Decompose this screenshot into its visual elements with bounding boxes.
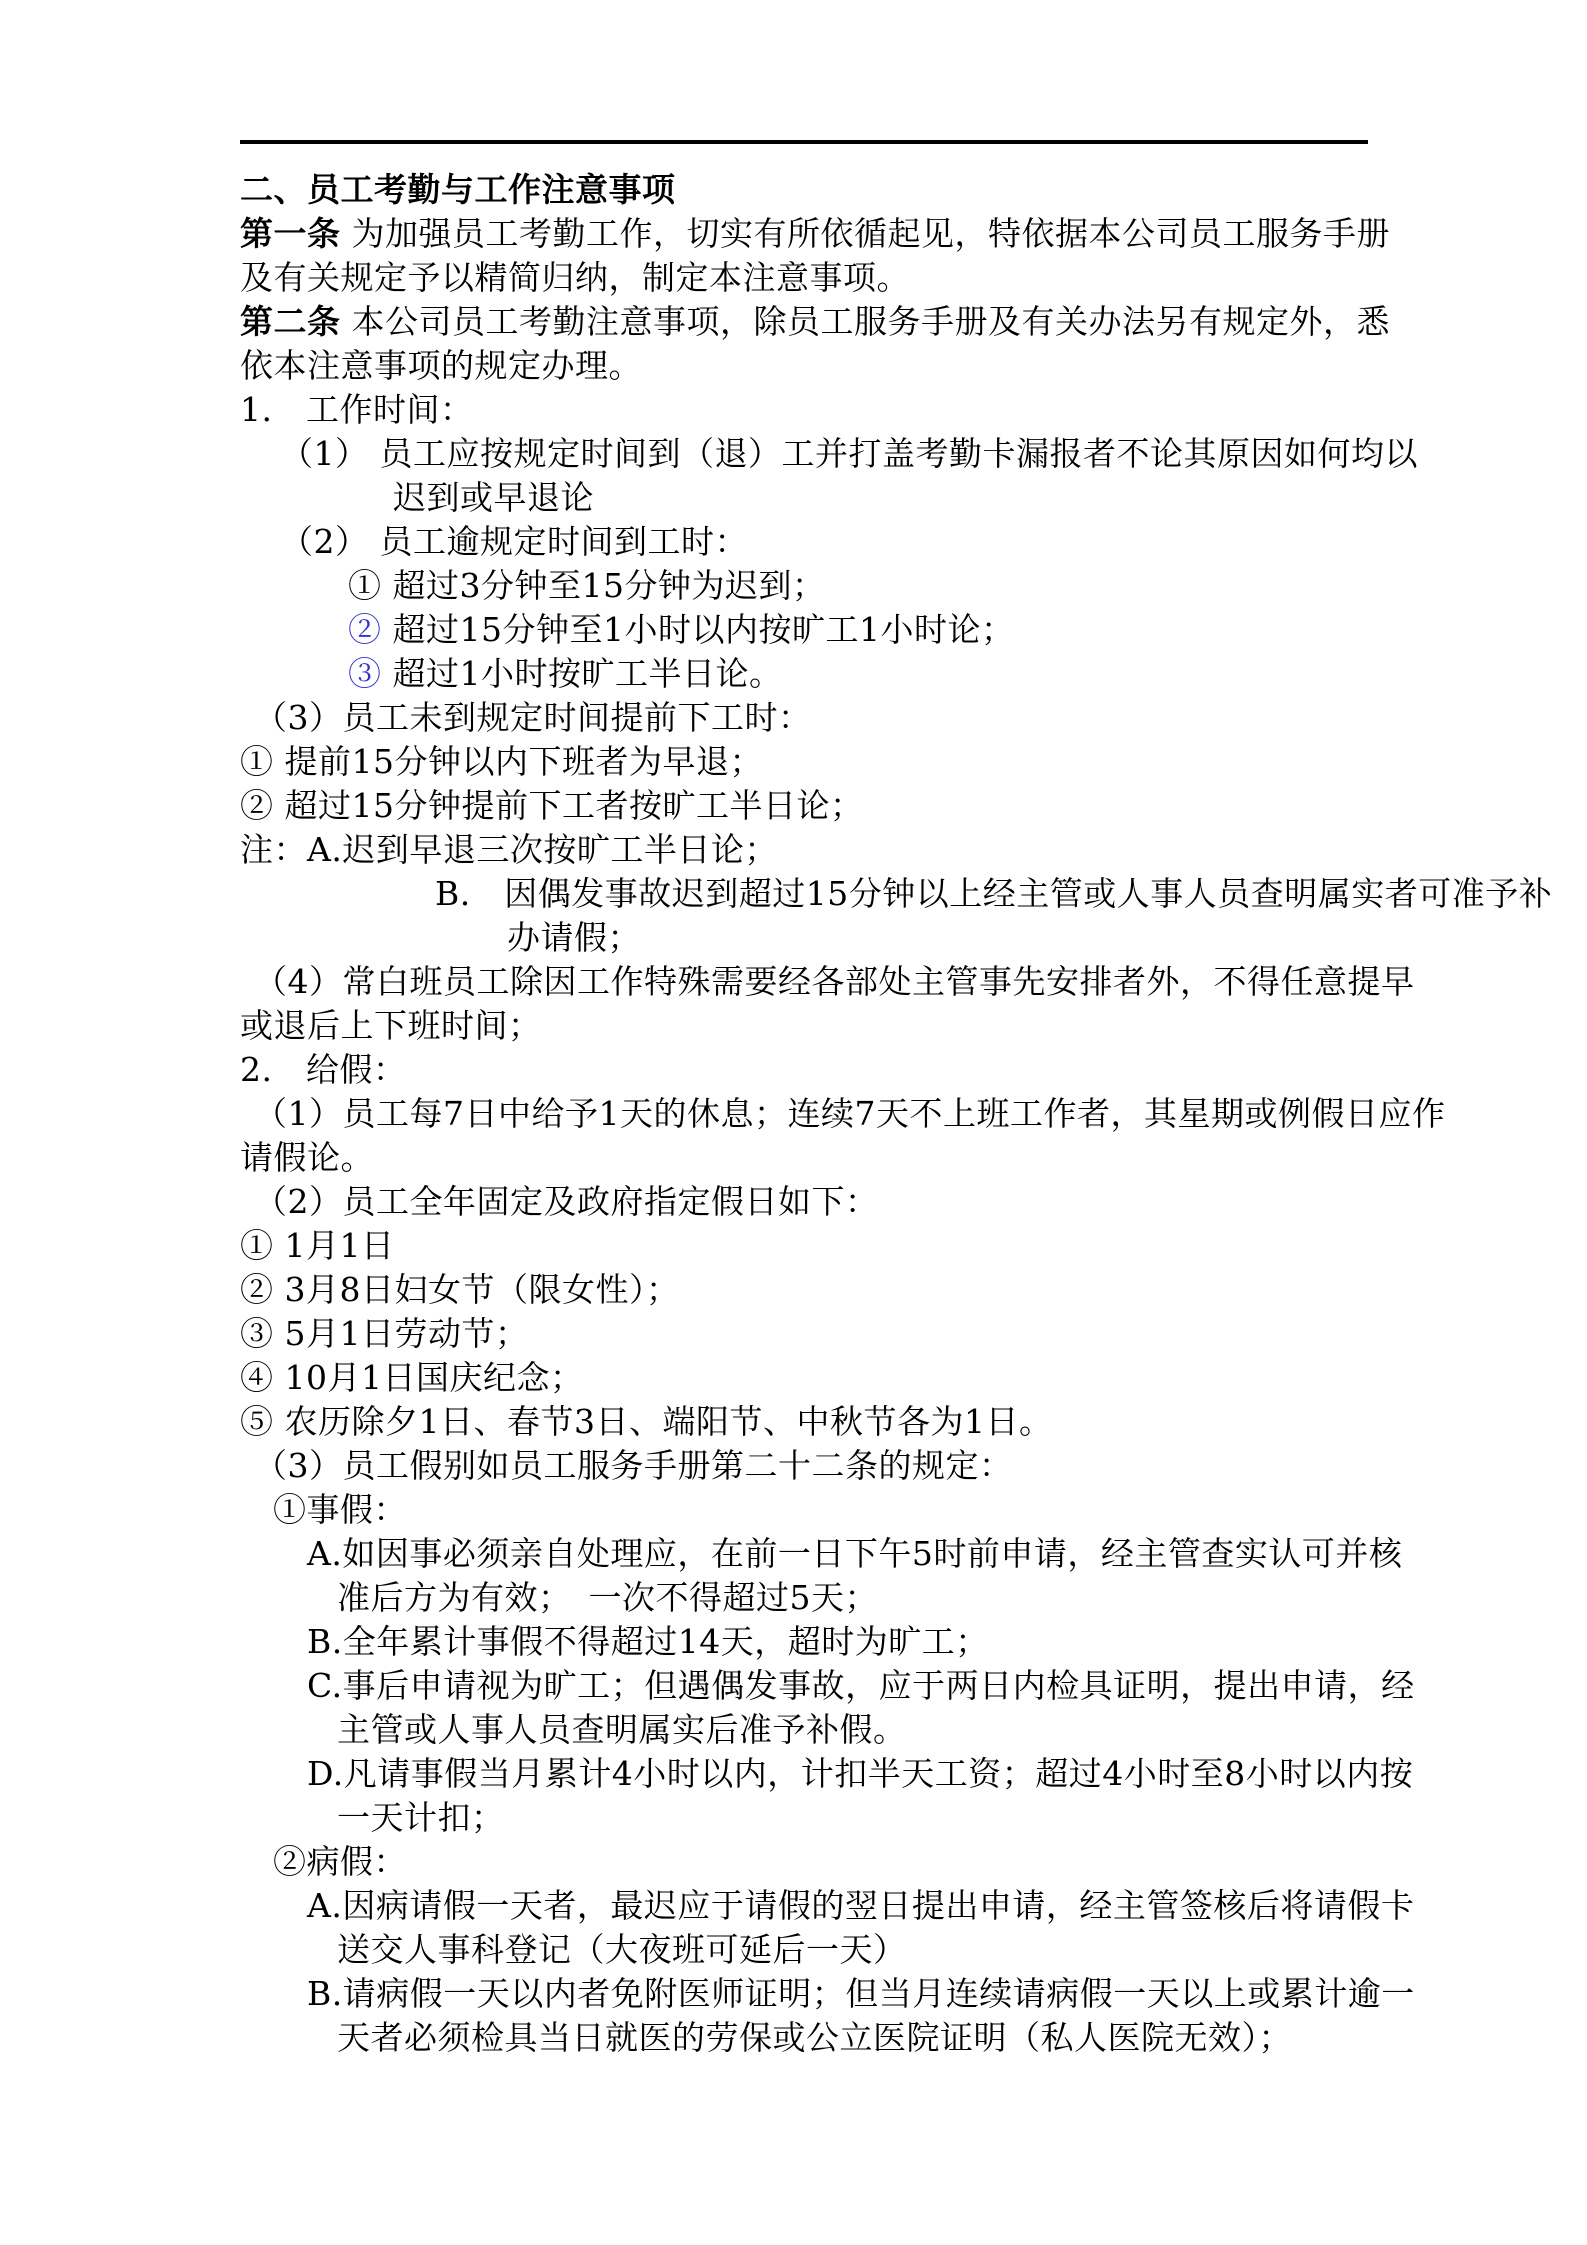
- document-line: 注：A.迟到早退三次按旷工半日论；: [240, 828, 1370, 872]
- line-text: 本公司员工考勤注意事项，除员工服务手册及有关办法另有规定外，悉: [341, 302, 1391, 341]
- document-line: 及有关规定予以精简归纳，制定本注意事项。: [240, 256, 1370, 300]
- document-line: （1） 员工应按规定时间到（退）工并打盖考勤卡漏报者不论其原因如何均以: [240, 432, 1370, 476]
- document-line: B. 因偶发事故迟到超过15分钟以上经主管或人事人员查明属实者可准予补: [240, 872, 1370, 916]
- line-text: 注：A.迟到早退三次按旷工半日论；: [240, 830, 778, 869]
- line-text: 超过15分钟至1小时以内按旷工1小时论；: [382, 610, 1015, 649]
- line-text: （1） 员工应按规定时间到（退）工并打盖考勤卡漏报者不论其原因如何均以: [280, 434, 1418, 473]
- document-line: 办请假；: [240, 916, 1370, 960]
- document-line: ① 提前15分钟以内下班者为早退；: [240, 740, 1370, 784]
- document-line: ③ 超过1小时按旷工半日论。: [240, 652, 1370, 696]
- line-text: ② 超过15分钟提前下工者按旷工半日论；: [240, 786, 863, 825]
- line-text: A.因病请假一天者，最迟应于请假的翌日提出申请，经主管签核后将请假卡: [307, 1886, 1414, 1925]
- line-text: 送交人事科登记（大夜班可延后一天）: [337, 1930, 907, 1969]
- document-line: A.如因事必须亲自处理应，在前一日下午5时前申请，经主管查实认可并核: [240, 1532, 1370, 1576]
- document-line: ② 超过15分钟提前下工者按旷工半日论；: [240, 784, 1370, 828]
- document-line: 第二条 本公司员工考勤注意事项，除员工服务手册及有关办法另有规定外，悉: [240, 300, 1370, 344]
- document-line: 送交人事科登记（大夜班可延后一天）: [240, 1928, 1370, 1972]
- document-line: （3）员工未到规定时间提前下工时：: [240, 696, 1370, 740]
- document-line: ① 1月1日: [240, 1224, 1370, 1268]
- document-heading: 二、员工考勤与工作注意事项: [240, 168, 1370, 212]
- document-line: 第一条 为加强员工考勤工作，切实有所依循起见，特依据本公司员工服务手册: [240, 212, 1370, 256]
- line-text: 或退后上下班时间；: [240, 1006, 542, 1045]
- document-line: （1）员工每7日中给予1天的休息；连续7天不上班工作者，其星期或例假日应作: [240, 1092, 1370, 1136]
- line-text: 请假论。: [240, 1138, 374, 1177]
- line-text: 依本注意事项的规定办理。: [240, 346, 642, 385]
- document-line: 请假论。: [240, 1136, 1370, 1180]
- line-text: 1. 工作时间：: [240, 390, 474, 429]
- document-line: ②病假：: [240, 1840, 1370, 1884]
- document-line: 一天计扣；: [240, 1796, 1370, 1840]
- line-text: B. 因偶发事故迟到超过15分钟以上经主管或人事人员查明属实者可准予补: [435, 874, 1552, 913]
- document-body: 二、员工考勤与工作注意事项第一条 为加强员工考勤工作，切实有所依循起见，特依据本…: [240, 168, 1370, 2060]
- line-text: 准后方为有效； 一次不得超过5天；: [337, 1578, 878, 1617]
- clause-number-label: 第二条: [240, 302, 341, 341]
- document-line: 2. 给假：: [240, 1048, 1370, 1092]
- document-line: ①事假：: [240, 1488, 1370, 1532]
- document-line: C.事后申请视为旷工；但遇偶发事故，应于两日内检具证明，提出申请，经: [240, 1664, 1370, 1708]
- line-text: B.全年累计事假不得超过14天，超时为旷工；: [307, 1622, 989, 1661]
- circled-number-marker-blue: ③: [348, 654, 382, 693]
- line-text: ① 1月1日: [240, 1226, 394, 1265]
- line-text: 办请假；: [507, 918, 641, 957]
- line-text: 二、员工考勤与工作注意事项: [240, 170, 676, 209]
- line-text: 主管或人事人员查明属实后准予补假。: [337, 1710, 907, 1749]
- line-text: （4）常白班员工除因工作特殊需要经各部处主管事先安排者外，不得任意提早: [254, 962, 1415, 1001]
- line-text: ② 3月8日妇女节（限女性）；: [240, 1270, 679, 1309]
- document-line: D.凡请事假当月累计4小时以内，计扣半天工资；超过4小时至8小时以内按: [240, 1752, 1370, 1796]
- document-line: 或退后上下班时间；: [240, 1004, 1370, 1048]
- line-text: ⑤ 农历除夕1日、春节3日、端阳节、中秋节各为1日。: [240, 1402, 1052, 1441]
- document-line: （4）常白班员工除因工作特殊需要经各部处主管事先安排者外，不得任意提早: [240, 960, 1370, 1004]
- document-line: 准后方为有效； 一次不得超过5天；: [240, 1576, 1370, 1620]
- line-text: D.凡请事假当月累计4小时以内，计扣半天工资；超过4小时至8小时以内按: [307, 1754, 1413, 1793]
- line-text: B.请病假一天以内者免附医师证明；但当月连续请病假一天以上或累计逾一: [307, 1974, 1415, 2013]
- line-text: 一天计扣；: [337, 1798, 505, 1837]
- line-text: A.如因事必须亲自处理应，在前一日下午5时前申请，经主管查实认可并核: [307, 1534, 1402, 1573]
- line-text: 天者必须检具当日就医的劳保或公立医院证明（私人医院无效）；: [337, 2018, 1292, 2057]
- line-text: C.事后申请视为旷工；但遇偶发事故，应于两日内检具证明，提出申请，经: [307, 1666, 1415, 1705]
- line-text: ① 提前15分钟以内下班者为早退；: [240, 742, 763, 781]
- document-line: ③ 5月1日劳动节；: [240, 1312, 1370, 1356]
- line-text: （3）员工假别如员工服务手册第二十二条的规定：: [254, 1446, 1013, 1485]
- document-line: 依本注意事项的规定办理。: [240, 344, 1370, 388]
- page: 二、员工考勤与工作注意事项第一条 为加强员工考勤工作，切实有所依循起见，特依据本…: [0, 0, 1587, 2245]
- document-line: ① 超过3分钟至15分钟为迟到；: [240, 564, 1370, 608]
- document-line: （3）员工假别如员工服务手册第二十二条的规定：: [240, 1444, 1370, 1488]
- document-line: 迟到或早退论: [240, 476, 1370, 520]
- document-line: ② 超过15分钟至1小时以内按旷工1小时论；: [240, 608, 1370, 652]
- document-line: B.全年累计事假不得超过14天，超时为旷工；: [240, 1620, 1370, 1664]
- document-line: A.因病请假一天者，最迟应于请假的翌日提出申请，经主管签核后将请假卡: [240, 1884, 1370, 1928]
- line-text: ②病假：: [273, 1842, 407, 1881]
- line-text: ①: [348, 566, 382, 605]
- circled-number-marker-blue: ②: [348, 610, 382, 649]
- line-text: 2. 给假：: [240, 1050, 407, 1089]
- document-line: B.请病假一天以内者免附医师证明；但当月连续请病假一天以上或累计逾一: [240, 1972, 1370, 2016]
- line-text: ④ 10月1日国庆纪念；: [240, 1358, 583, 1397]
- clause-number-label: 第一条: [240, 214, 341, 253]
- line-text: 超过3分钟至15分钟为迟到；: [382, 566, 826, 605]
- line-text: （3）员工未到规定时间提前下工时：: [254, 698, 812, 737]
- line-text: 为加强员工考勤工作，切实有所依循起见，特依据本公司员工服务手册: [341, 214, 1391, 253]
- line-text: （1）员工每7日中给予1天的休息；连续7天不上班工作者，其星期或例假日应作: [254, 1094, 1445, 1133]
- header-rule: [240, 140, 1368, 144]
- document-line: ② 3月8日妇女节（限女性）；: [240, 1268, 1370, 1312]
- document-line: 1. 工作时间：: [240, 388, 1370, 432]
- document-line: （2）员工全年固定及政府指定假日如下：: [240, 1180, 1370, 1224]
- document-line: （2） 员工逾规定时间到工时：: [240, 520, 1370, 564]
- document-line: 天者必须检具当日就医的劳保或公立医院证明（私人医院无效）；: [240, 2016, 1370, 2060]
- line-text: 迟到或早退论: [393, 478, 594, 517]
- line-text: （2） 员工逾规定时间到工时：: [280, 522, 748, 561]
- line-text: （2）员工全年固定及政府指定假日如下：: [254, 1182, 879, 1221]
- line-text: 及有关规定予以精简归纳，制定本注意事项。: [240, 258, 910, 297]
- document-line: 主管或人事人员查明属实后准予补假。: [240, 1708, 1370, 1752]
- line-text: ①事假：: [273, 1490, 407, 1529]
- line-text: 超过1小时按旷工半日论。: [382, 654, 783, 693]
- line-text: ③ 5月1日劳动节；: [240, 1314, 528, 1353]
- document-line: ④ 10月1日国庆纪念；: [240, 1356, 1370, 1400]
- document-line: ⑤ 农历除夕1日、春节3日、端阳节、中秋节各为1日。: [240, 1400, 1370, 1444]
